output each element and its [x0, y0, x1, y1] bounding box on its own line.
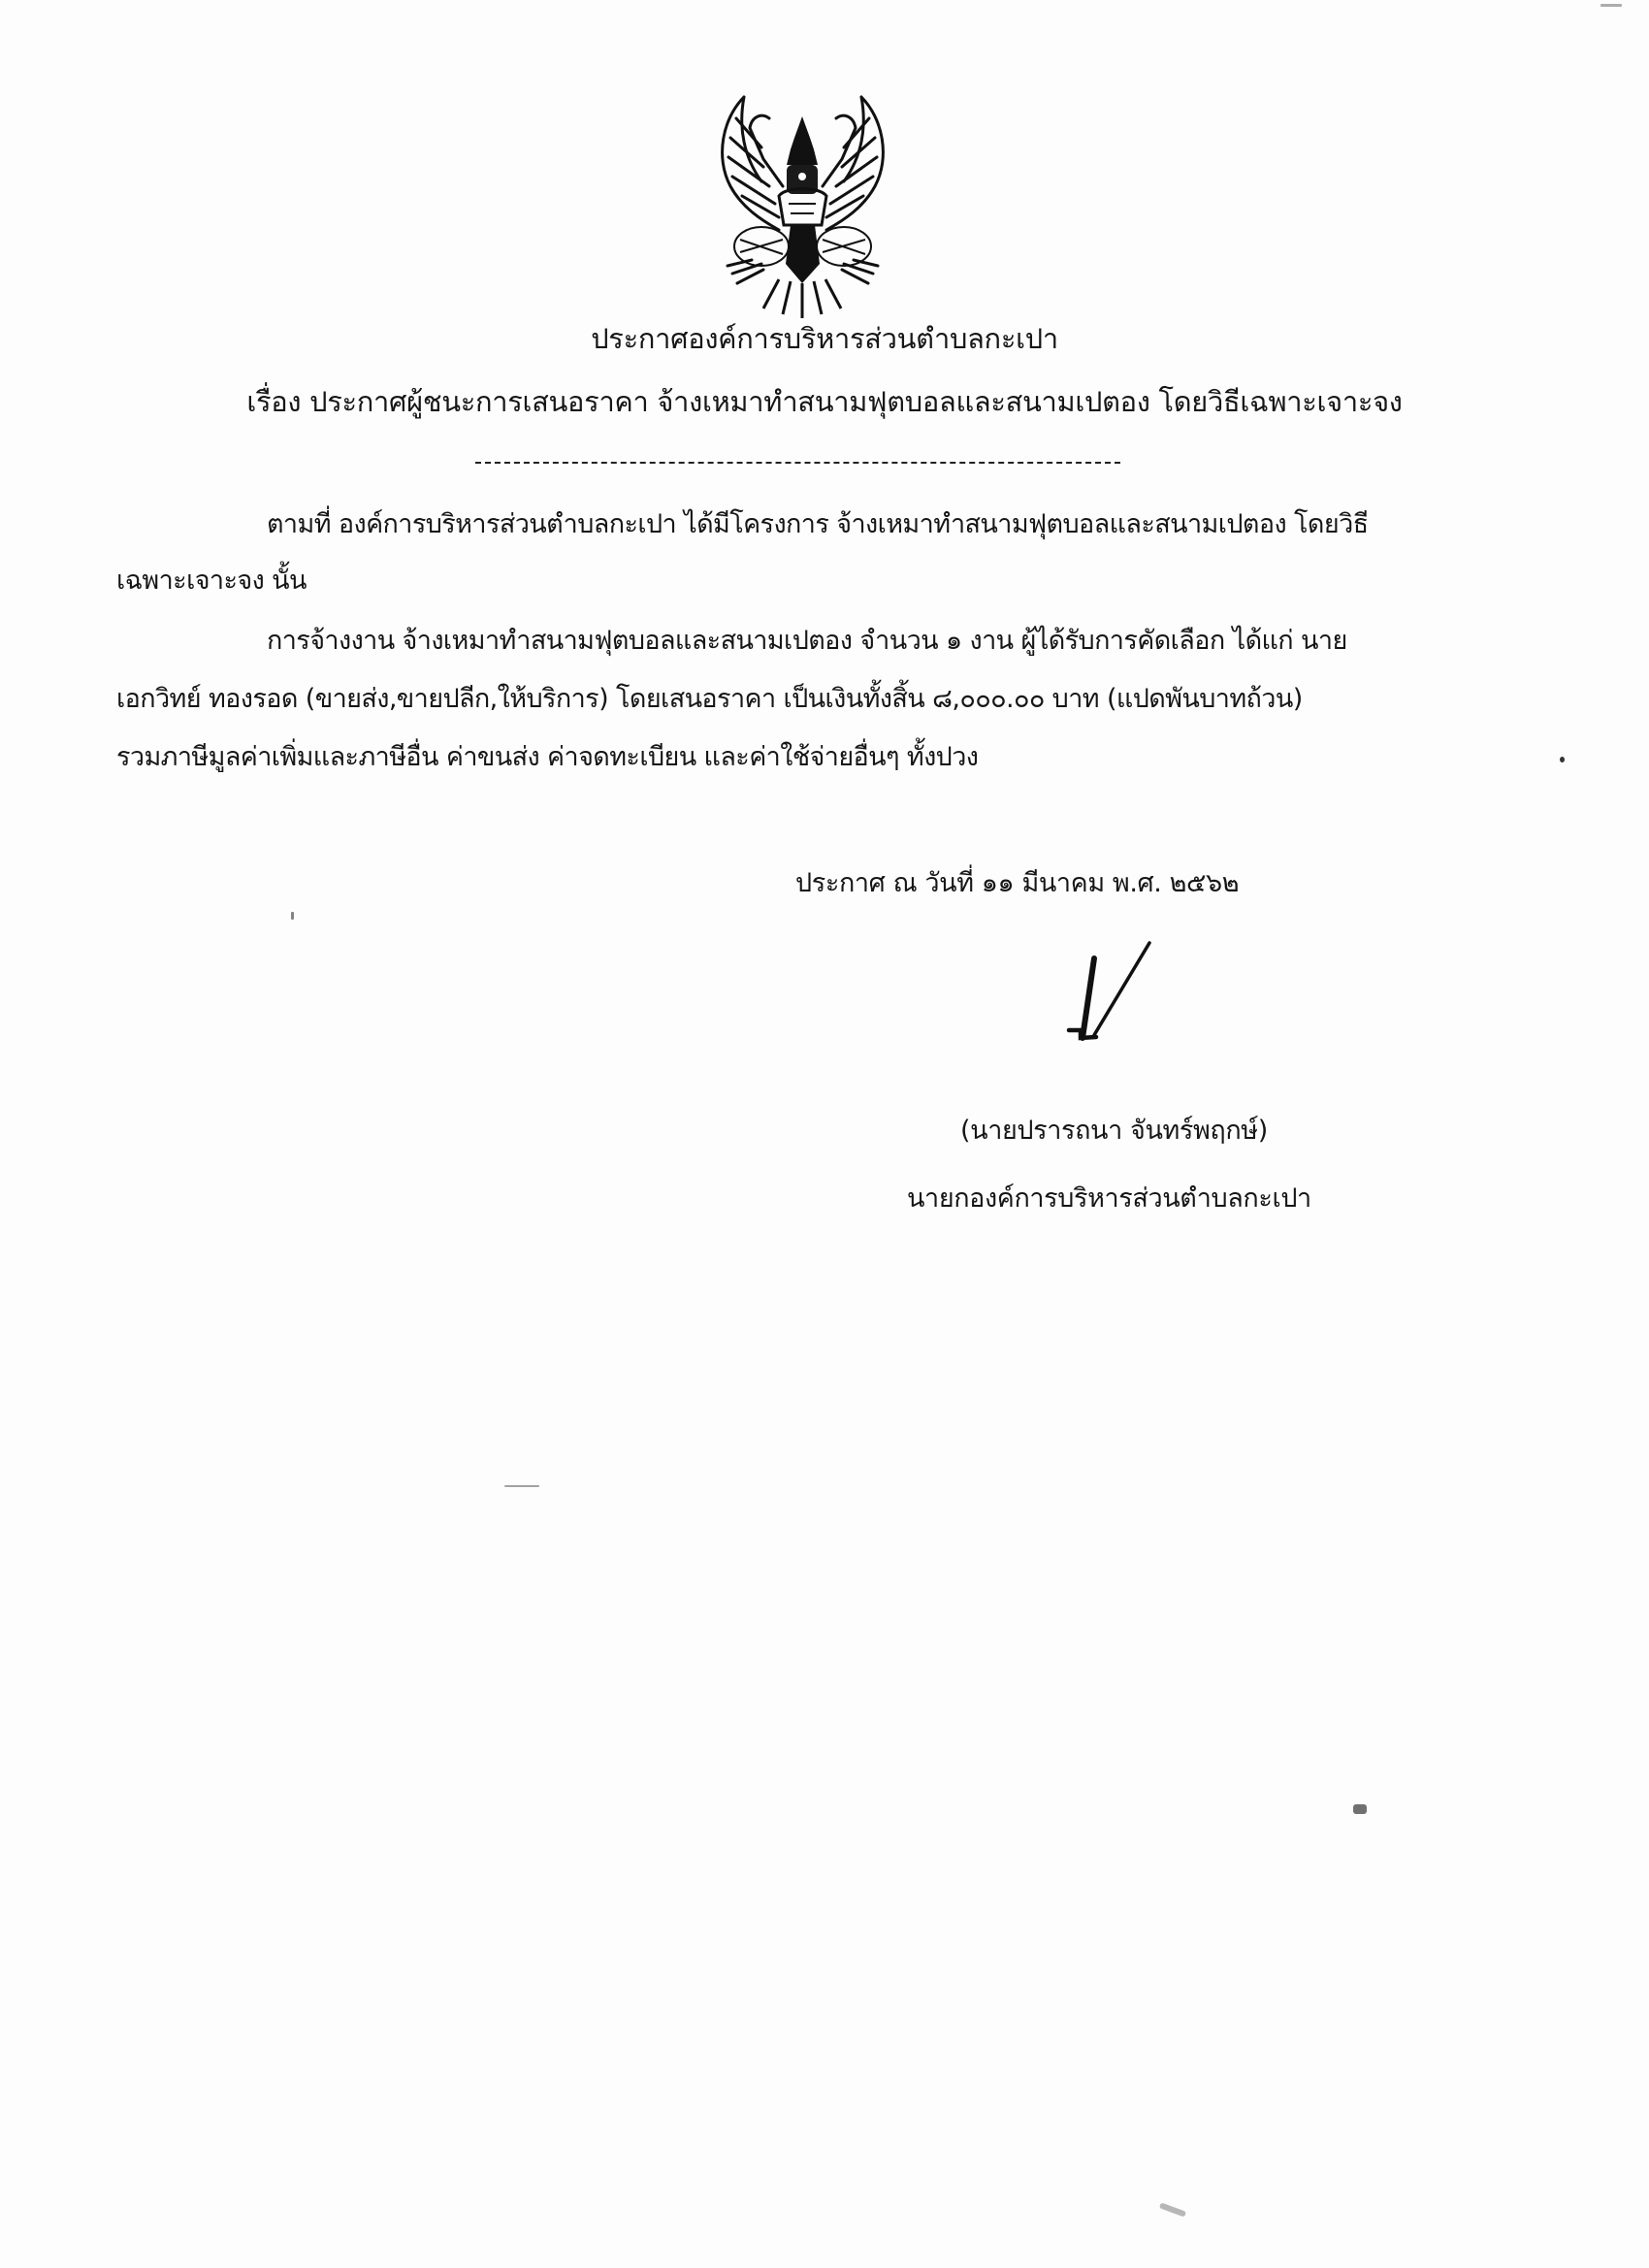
body-line: เอกวิทย์ ทองรอด (ขายส่ง,ขายปลีก,ให้บริกา… — [116, 686, 1303, 712]
scan-speck — [291, 912, 294, 920]
garuda-emblem-icon — [694, 89, 912, 322]
body-line: เฉพาะเจาะจง นั้น — [116, 567, 307, 594]
signer-name: (นายปรารถนา จันทร์พฤกษ์) — [960, 1109, 1268, 1150]
body-line: รวมภาษีมูลค่าเพิ่มและภาษีอื่น ค่าขนส่ง ค… — [116, 744, 978, 770]
scan-speck — [1560, 757, 1565, 762]
page-title: ประกาศองค์การบริหารส่วนตำบลกะเปา — [0, 325, 1649, 353]
subject-line: เรื่อง ประกาศผู้ชนะการเสนอราคา จ้างเหมาท… — [0, 388, 1649, 416]
scan-speck — [1353, 1804, 1367, 1814]
scan-speck — [1600, 4, 1622, 7]
document-page: ประกาศองค์การบริหารส่วนตำบลกะเปา เรื่อง … — [0, 0, 1649, 2268]
scan-speck — [504, 1485, 539, 1487]
separator-divider — [475, 462, 1120, 464]
signature-icon — [1057, 941, 1193, 1053]
body-line: ตามที่ องค์การบริหารส่วนตำบลกะเปา ได้มีโ… — [267, 511, 1369, 537]
signer-position: นายกองค์การบริหารส่วนตำบลกะเปา — [907, 1177, 1311, 1218]
announcement-date: ประกาศ ณ วันที่ ๑๑ มีนาคม พ.ศ. ๒๕๖๒ — [795, 861, 1239, 903]
body-line: การจ้างงาน จ้างเหมาทำสนามฟุตบอลและสนามเป… — [267, 628, 1347, 654]
scan-speck — [1159, 2202, 1186, 2217]
